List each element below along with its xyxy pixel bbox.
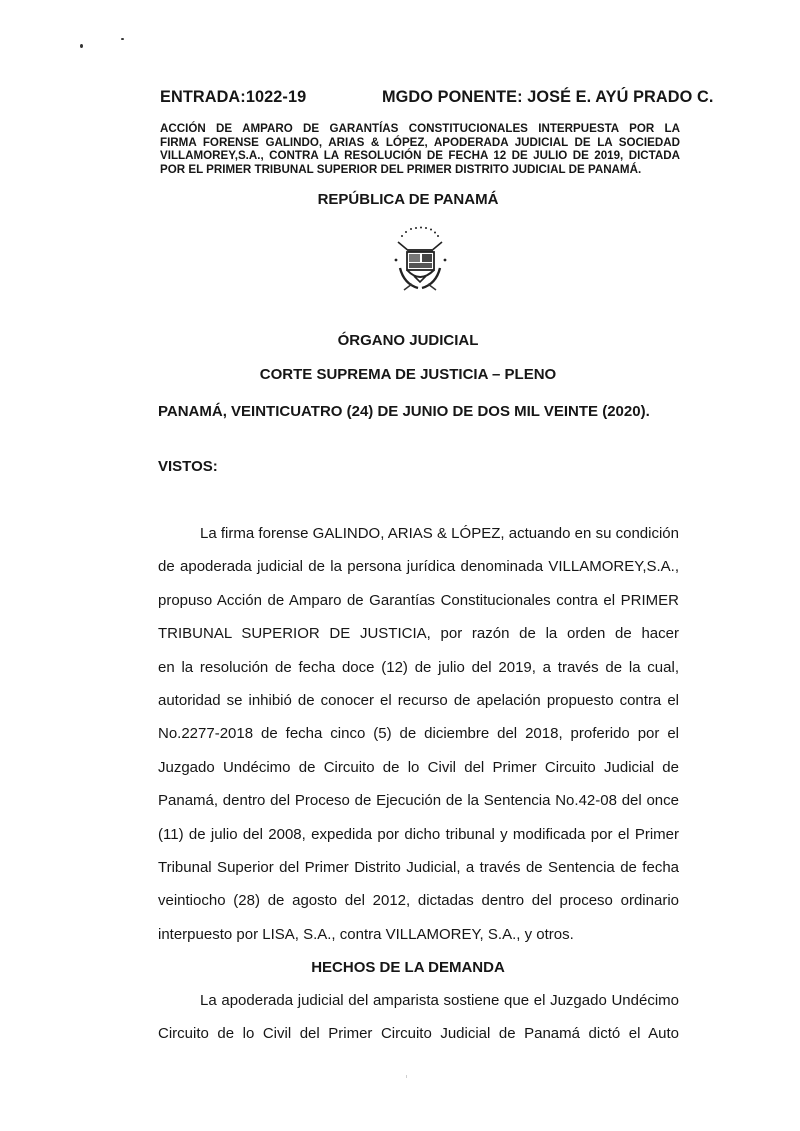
- paragraph-line: en la resolución de fecha doce (12) de j…: [158, 651, 679, 684]
- paragraph-hechos: La apoderada judicial del amparista sost…: [158, 984, 679, 1051]
- paragraph-line: La apoderada judicial del amparista sost…: [158, 984, 679, 1017]
- paragraph-line: (11) de julio del 2008, expedida por dic…: [158, 818, 679, 851]
- scan-speck: [80, 44, 83, 48]
- magistrate-ponente: MGDO PONENTE: JOSÉ E. AYÚ PRADO C.: [382, 88, 714, 107]
- summary-line: ACCIÓN DE AMPARO DE GARANTÍAS CONSTITUCI…: [160, 122, 680, 136]
- paragraph-line: Tribunal Superior del Primer Distrito Ju…: [158, 851, 679, 884]
- paragraph-line: Panamá, dentro del Proceso de Ejecución …: [158, 784, 679, 817]
- paragraph-line: veintiocho (28) de agosto del 2012, dict…: [158, 884, 679, 917]
- paragraph-line: La firma forense GALINDO, ARIAS & LÓPEZ,…: [158, 517, 679, 550]
- paragraph-line: Circuito de lo Civil del Primer Circuito…: [158, 1017, 679, 1050]
- paragraph-line: autoridad se inhibió de conocer el recur…: [158, 684, 679, 717]
- decision-date: PANAMÁ, VEINTICUATRO (24) DE JUNIO DE DO…: [158, 403, 650, 420]
- paragraph-vistos: La firma forense GALINDO, ARIAS & LÓPEZ,…: [158, 517, 679, 951]
- summary-line: VILLAMOREY,S.A., CONTRA LA RESOLUCIÓN DE…: [160, 149, 680, 163]
- paragraph-line: interpuesto por LISA, S.A., contra VILLA…: [158, 918, 679, 951]
- paragraph-line: No.2277-2018 de fecha cinco (5) de dicie…: [158, 717, 679, 750]
- paragraph-line: TRIBUNAL SUPERIOR DE JUSTICIA, por razón…: [158, 617, 679, 650]
- scan-mark: [406, 1075, 407, 1078]
- case-number: ENTRADA:1022-19: [160, 88, 306, 107]
- republic-title: REPÚBLICA DE PANAMÁ: [8, 191, 800, 208]
- paragraph-line: propuso Acción de Amparo de Garantías Co…: [158, 584, 679, 617]
- organ-title: ÓRGANO JUDICIAL: [8, 332, 800, 349]
- hechos-heading: HECHOS DE LA DEMANDA: [8, 959, 800, 976]
- summary-line: POR EL PRIMER TRIBUNAL SUPERIOR DEL PRIM…: [160, 163, 680, 177]
- scan-speck: [121, 38, 124, 40]
- summary-line: FIRMA FORENSE GALINDO, ARIAS & LÓPEZ, AP…: [160, 136, 680, 150]
- court-title: CORTE SUPREMA DE JUSTICIA – PLENO: [8, 366, 800, 383]
- paragraph-line: de apoderada judicial de la persona jurí…: [158, 550, 679, 583]
- panama-coat-of-arms-icon: [390, 222, 450, 300]
- case-summary: ACCIÓN DE AMPARO DE GARANTÍAS CONSTITUCI…: [160, 122, 680, 176]
- vistos-heading: VISTOS:: [158, 458, 218, 475]
- paragraph-line: Juzgado Undécimo de Circuito de lo Civil…: [158, 751, 679, 784]
